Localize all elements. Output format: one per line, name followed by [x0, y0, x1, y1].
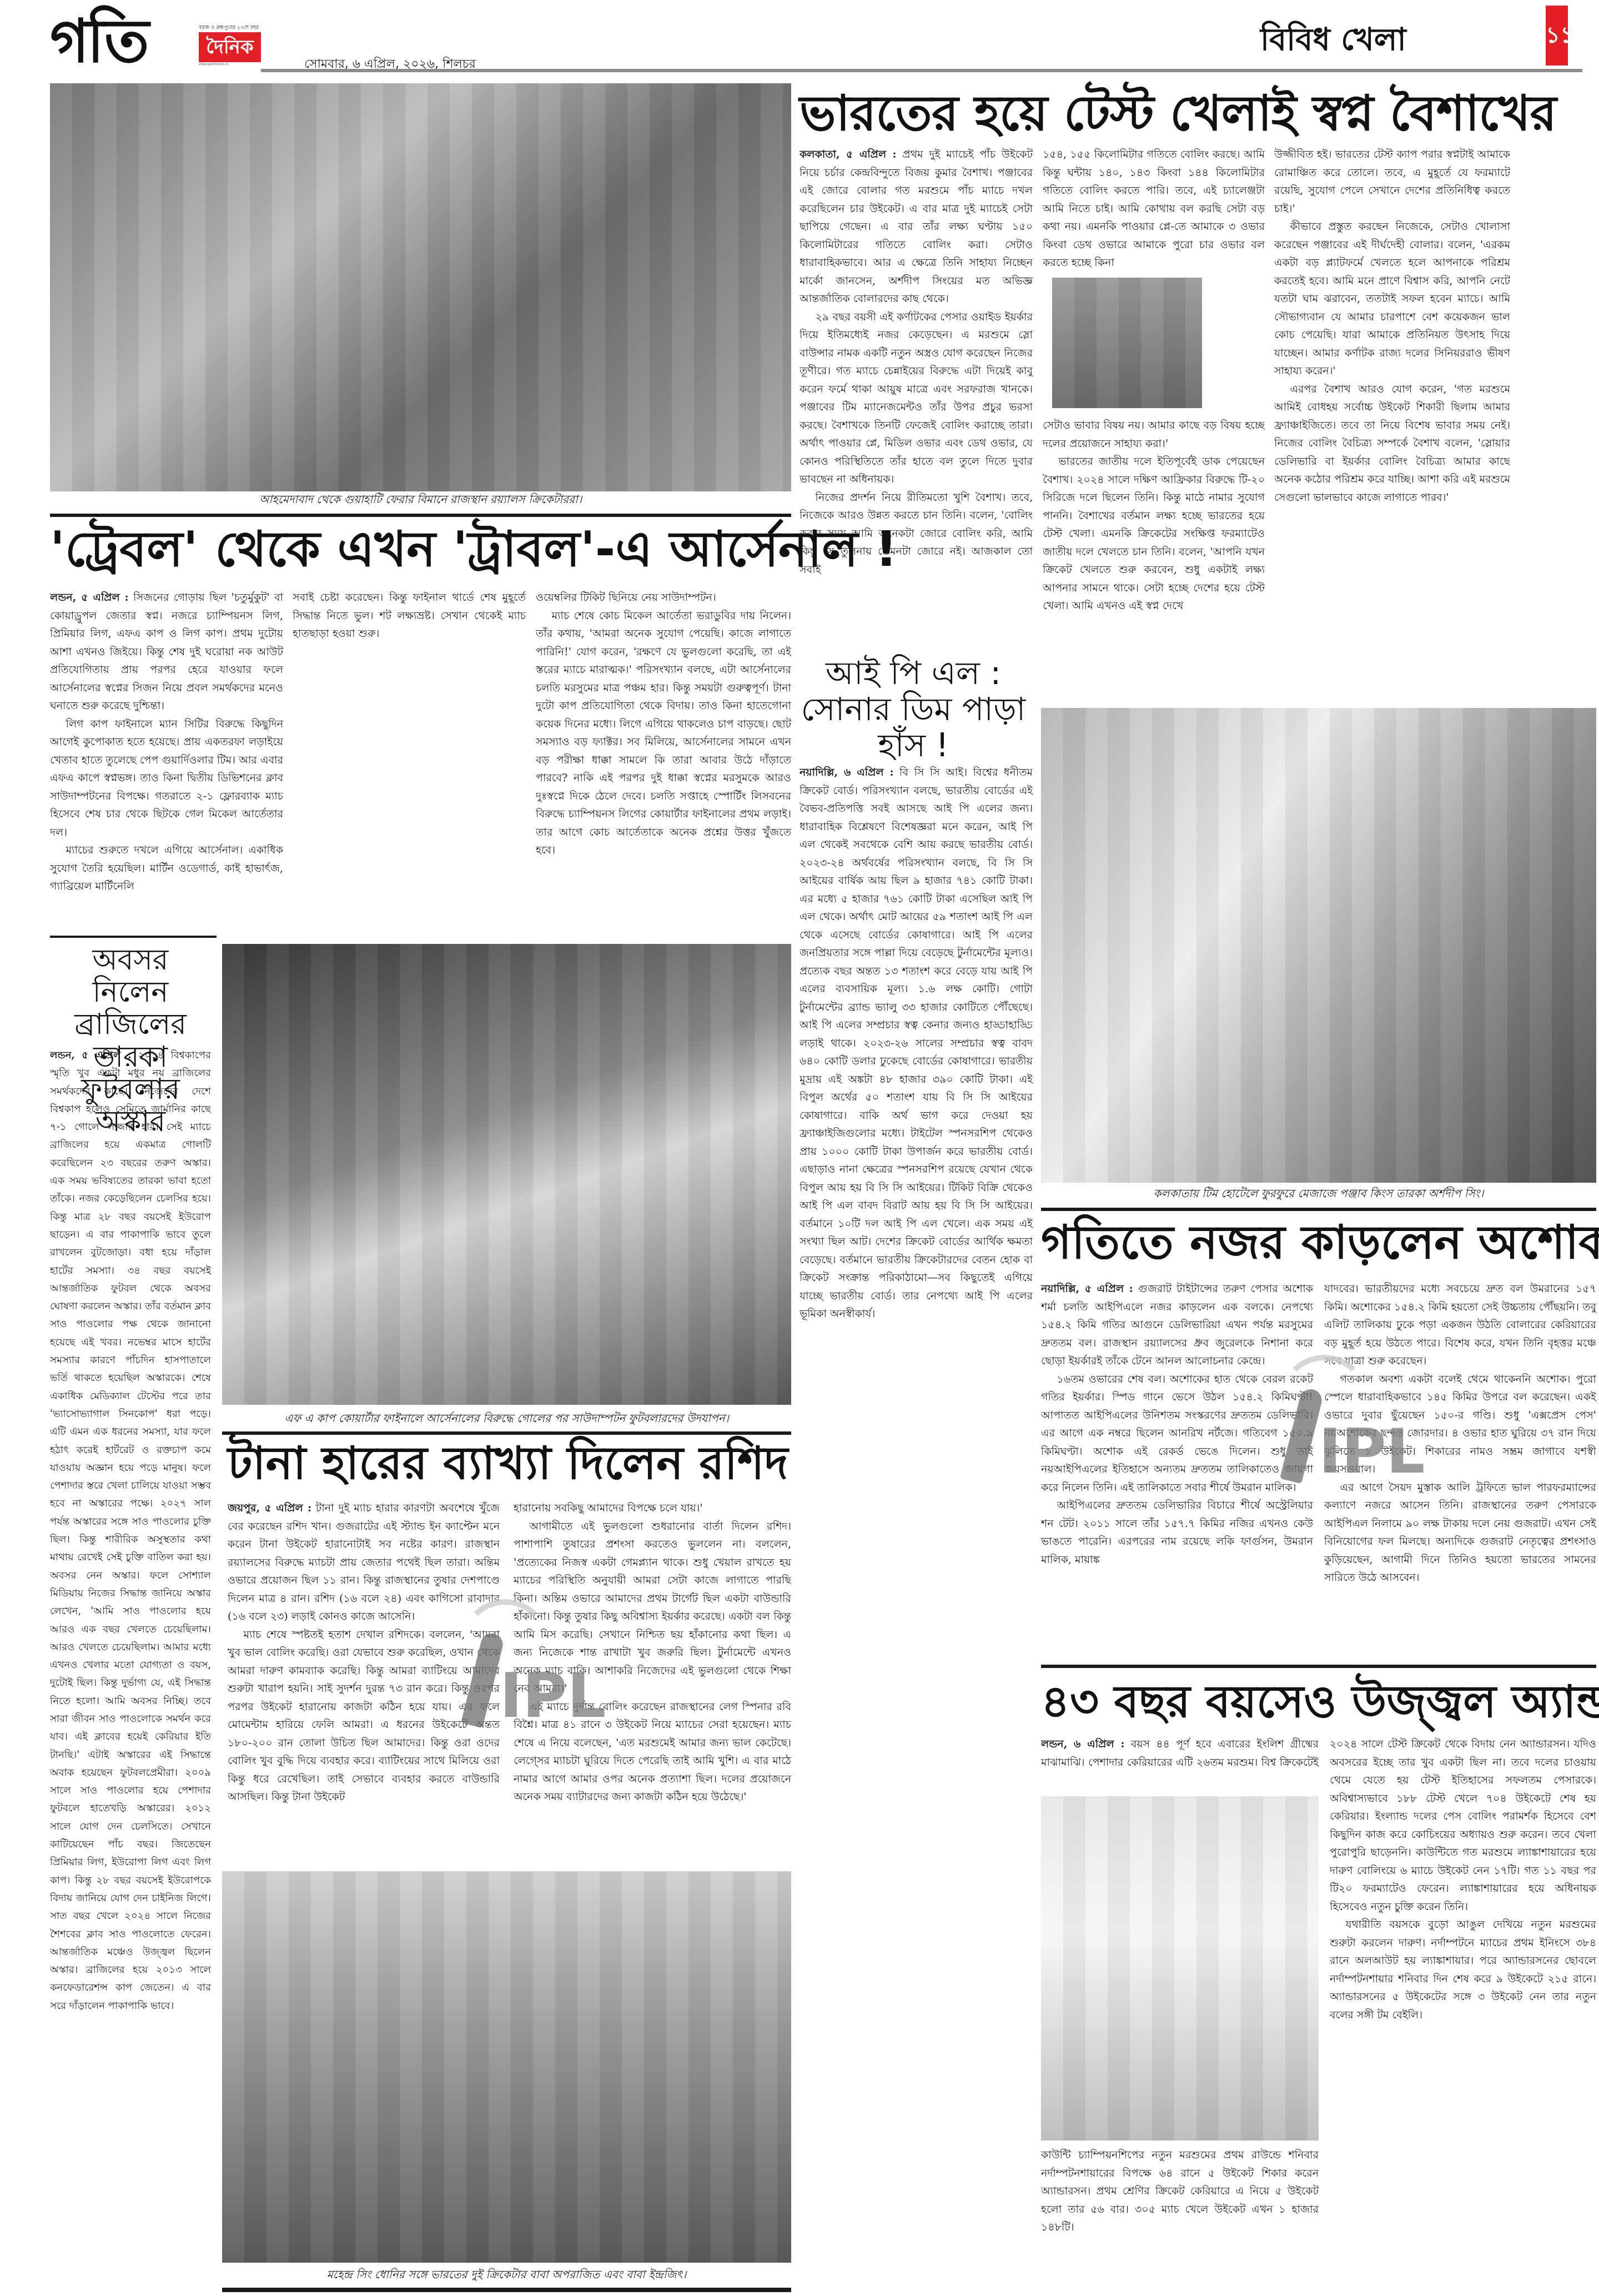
page-number-badge: ১১	[1546, 6, 1568, 66]
article-arsenal-col1: লন্ডন, ৫ এপ্রিল : সিজনের গোড়ায় ছিল 'চত…	[50, 589, 283, 938]
badge-website: www.gatidainik.in	[199, 62, 261, 66]
article-anderson-col1-bottom: কাউন্টি চ্যাম্পিয়নশিপের নতুন মরশুমের প্…	[1041, 2146, 1319, 2290]
article-anderson-col1-top: লন্ডন, ৬ এপ্রিল : বয়স ৪৪ পূর্ণ হবে এবার…	[1041, 1735, 1319, 1772]
caption-plane: আহমেদাবাদ থেকে গুয়াহাটি ফেরার বিমানে রা…	[50, 491, 791, 510]
badge-label: দৈনিক	[199, 32, 261, 62]
article-arsenal-col3: ওয়েম্বলির টিকিট ছিনিয়ে নেয় সাউদাম্পটন…	[536, 589, 791, 938]
badge-tagline: বরাক ও ব্রহ্মপুত্রের ২০শে বছর	[199, 23, 261, 32]
photo-southampton-celebration	[222, 944, 791, 1405]
article-arsenal-col2: সবাই চেষ্টা করেছেন। কিন্তু ফাইনাল থার্ডে…	[293, 589, 526, 938]
caption-arshdeep: কলকাতায় টিম হোটেলে ফুরফুরে মেজাজে পঞ্জা…	[1041, 1185, 1596, 1204]
photo-plane-cabin	[50, 83, 791, 491]
headline-rashid: টানা হারের ব্যাখ্যা দিলেন রশিদ	[228, 1441, 788, 1486]
divider	[50, 514, 791, 517]
photo-dhoni-group	[222, 1871, 791, 2263]
headline-ashok: গতিতে নজর কাড়লেন অশোক	[1041, 1219, 1599, 1265]
article-vaishakh-col2-bottom: সেটাও ভাবার বিষয় নয়। আমার কাছে বড় বিষ…	[1043, 416, 1265, 701]
dainik-badge: বরাক ও ব্রহ্মপুত্রের ২০শে বছর দৈনিক www.…	[199, 23, 261, 74]
article-anderson-col2: ২০২৪ সালে টেস্ট ক্রিকেট থেকে বিদায় নেন …	[1330, 1735, 1596, 2290]
masthead-rule	[261, 69, 1582, 72]
divider	[1041, 1208, 1596, 1211]
section-title: বিবিধ খেলা	[1260, 16, 1406, 68]
headline-arsenal: 'ট্রেবল' থেকে এখন 'ট্রাবল'-এ আর্সেনাল !	[50, 525, 897, 574]
ipl-logo-rashid: IPL	[439, 1599, 583, 1732]
headline-ipl-golden-goose: আই পি এল : সোনার ডিম পাড়া হাঁস !	[799, 655, 1027, 763]
photo-james-anderson	[1041, 1796, 1319, 2141]
headline-vaishakh: ভারতের হয়ে টেস্ট খেলাই স্বপ্ন বৈশাখের	[799, 89, 1556, 138]
newspaper-logo: গতি	[50, 11, 183, 78]
divider	[50, 936, 217, 938]
article-oscar-body: লন্ডন, ৫ এপ্রিল : ২০১৪ বিশ্বকাপের স্মৃতি…	[50, 1047, 211, 2274]
photo-arshdeep-hotel	[1041, 708, 1596, 1183]
ipl-logo-ashok: IPL	[1258, 1355, 1402, 1488]
article-vaishakh-col1: কলকাতা, ৫ এপ্রিল : প্রথম দুই ম্যাচেই পাঁ…	[799, 145, 1033, 701]
caption-dhoni: মহেন্দ্র সিং ধোনির সঙ্গে ভারতের দুই ক্রি…	[222, 2267, 791, 2285]
article-vaishakh-col2-top: ১৫৪, ১৫৫ কিলোমিটার গতিতে বোলিং করছে। আমি…	[1043, 145, 1265, 273]
photo-vijaykumar-vaishakh	[1052, 278, 1202, 408]
article-ipl-body: নয়াদিল্লি, ৬ এপ্রিল : বি সি সি আই। বিশ্…	[799, 763, 1033, 2285]
divider	[1041, 1665, 1596, 1668]
caption-southampton: এফ এ কাপ কোয়ার্টার ফাইনালে আর্সেনালের ব…	[222, 1410, 791, 1429]
divider	[222, 2288, 791, 2292]
divider	[222, 1431, 791, 1435]
headline-anderson: ৪৩ বছর বয়সেও উজ্জ্বল অ্যান্ডারসন	[1041, 1680, 1599, 1724]
article-vaishakh-col3: উজ্জীবিত হই। ভারতের টেস্ট ক্যাপ পরার স্ব…	[1274, 145, 1510, 701]
